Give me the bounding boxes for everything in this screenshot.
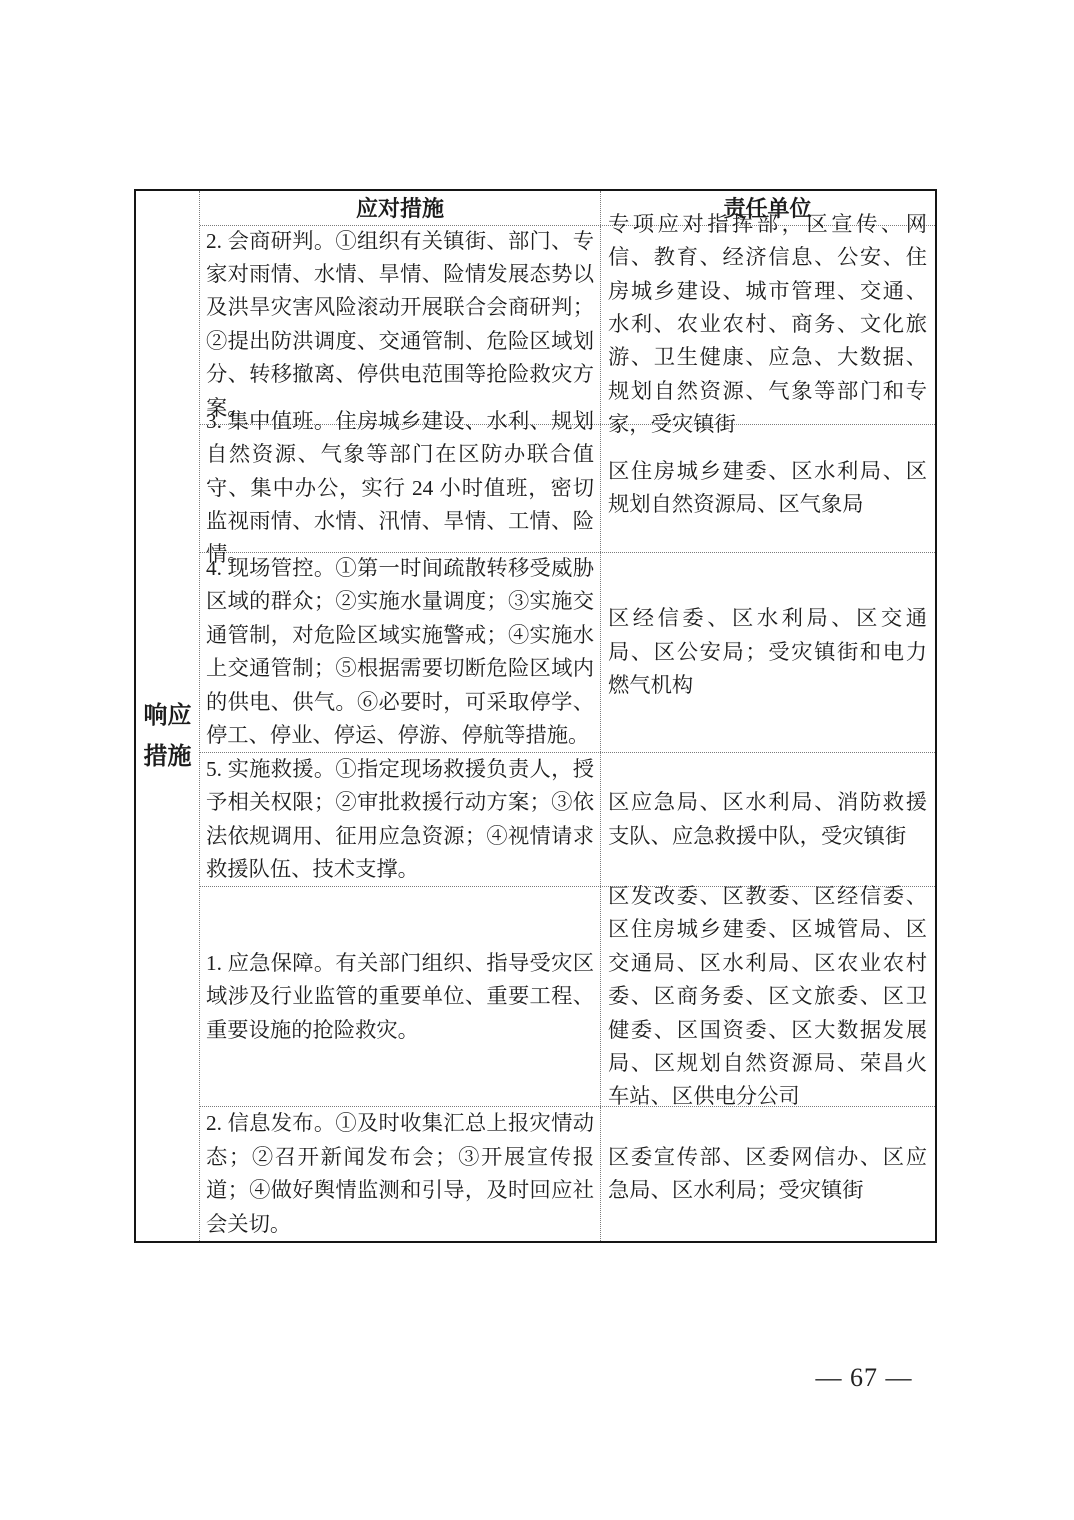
measure-text: 2. 会商研判。①组织有关镇街、部门、专家对雨情、水情、旱情、险情发展态势以及洪… <box>206 225 594 425</box>
table-row: 2. 会商研判。①组织有关镇街、部门、专家对雨情、水情、旱情、险情发展态势以及洪… <box>200 226 935 425</box>
measure-cell: 1. 应急保障。有关部门组织、指导受灾区域涉及行业监管的重要单位、重要工程、重要… <box>200 887 601 1106</box>
measure-text: 2. 信息发布。①及时收集汇总上报灾情动态；②召开新闻发布会；③开展宣传报道；④… <box>206 1107 594 1241</box>
measure-cell: 5. 实施救援。①指定现场救援负责人，授予相关权限；②审批救援行动方案；③依法依… <box>200 753 601 887</box>
unit-cell: 区委宣传部、区委网信办、区应急局、区水利局；受灾镇街 <box>601 1107 935 1241</box>
unit-text: 区应急局、区水利局、消防救援支队、应急救援中队，受灾镇街 <box>608 786 927 853</box>
unit-text: 区住房城乡建委、区水利局、区规划自然资源局、区气象局 <box>608 455 927 522</box>
unit-cell: 区住房城乡建委、区水利局、区规划自然资源局、区气象局 <box>601 425 935 552</box>
unit-text: 区委宣传部、区委网信办、区应急局、区水利局；受灾镇街 <box>608 1141 927 1208</box>
measure-text: 4. 现场管控。①第一时间疏散转移受威胁区域的群众；②实施水量调度；③实施交通管… <box>206 552 594 752</box>
table-row: 4. 现场管控。①第一时间疏散转移受威胁区域的群众；②实施水量调度；③实施交通管… <box>200 553 935 753</box>
unit-text: 专项应对指挥部，区宣传、网信、教育、经济信息、公安、住房城乡建设、城市管理、交通… <box>608 208 927 442</box>
measure-cell: 2. 会商研判。①组织有关镇街、部门、专家对雨情、水情、旱情、险情发展态势以及洪… <box>200 226 601 424</box>
page-number: — 67 — <box>798 1363 930 1393</box>
measure-text: 1. 应急保障。有关部门组织、指导受灾区域涉及行业监管的重要单位、重要工程、重要… <box>206 947 594 1047</box>
unit-text: 区经信委、区水利局、区交通局、区公安局；受灾镇街和电力燃气机构 <box>608 602 927 702</box>
unit-cell: 区经信委、区水利局、区交通局、区公安局；受灾镇街和电力燃气机构 <box>601 553 935 752</box>
table-row: 1. 应急保障。有关部门组织、指导受灾区域涉及行业监管的重要单位、重要工程、重要… <box>200 887 935 1107</box>
unit-text: 区发改委、区教委、区经信委、区住房城乡建委、区城管局、区交通局、区水利局、区农业… <box>608 880 927 1114</box>
row-group-label-line-2: 措施 <box>144 736 192 777</box>
row-group-label-cell: 响应 措施 <box>136 191 200 1241</box>
table-body: 应对措施 责任单位 2. 会商研判。①组织有关镇街、部门、专家对雨情、水情、旱情… <box>200 191 935 1241</box>
row-group-label-line-1: 响应 <box>144 695 192 736</box>
measure-text: 5. 实施救援。①指定现场救援负责人，授予相关权限；②审批救援行动方案；③依法依… <box>206 753 594 887</box>
table-row: 3. 集中值班。住房城乡建设、水利、规划自然资源、气象等部门在区防办联合值守、集… <box>200 425 935 553</box>
table-row: 5. 实施救援。①指定现场救援负责人，授予相关权限；②审批救援行动方案；③依法依… <box>200 753 935 888</box>
measure-text: 3. 集中值班。住房城乡建设、水利、规划自然资源、气象等部门在区防办联合值守、集… <box>206 405 594 572</box>
row-group-label: 响应 措施 <box>144 695 192 777</box>
unit-cell: 区应急局、区水利局、消防救援支队、应急救援中队，受灾镇街 <box>601 753 935 887</box>
unit-cell: 区发改委、区教委、区经信委、区住房城乡建委、区城管局、区交通局、区水利局、区农业… <box>601 887 935 1106</box>
header-measures: 应对措施 <box>200 191 601 225</box>
measure-cell: 3. 集中值班。住房城乡建设、水利、规划自然资源、气象等部门在区防办联合值守、集… <box>200 425 601 552</box>
unit-cell: 专项应对指挥部，区宣传、网信、教育、经济信息、公安、住房城乡建设、城市管理、交通… <box>601 226 935 424</box>
measure-cell: 4. 现场管控。①第一时间疏散转移受威胁区域的群众；②实施水量调度；③实施交通管… <box>200 553 601 752</box>
measure-cell: 2. 信息发布。①及时收集汇总上报灾情动态；②召开新闻发布会；③开展宣传报道；④… <box>200 1107 601 1241</box>
response-measures-table: 响应 措施 应对措施 责任单位 2. 会商研判。①组织有关镇街、部门、专家对雨情… <box>134 189 937 1243</box>
table-row: 2. 信息发布。①及时收集汇总上报灾情动态；②召开新闻发布会；③开展宣传报道；④… <box>200 1107 935 1241</box>
